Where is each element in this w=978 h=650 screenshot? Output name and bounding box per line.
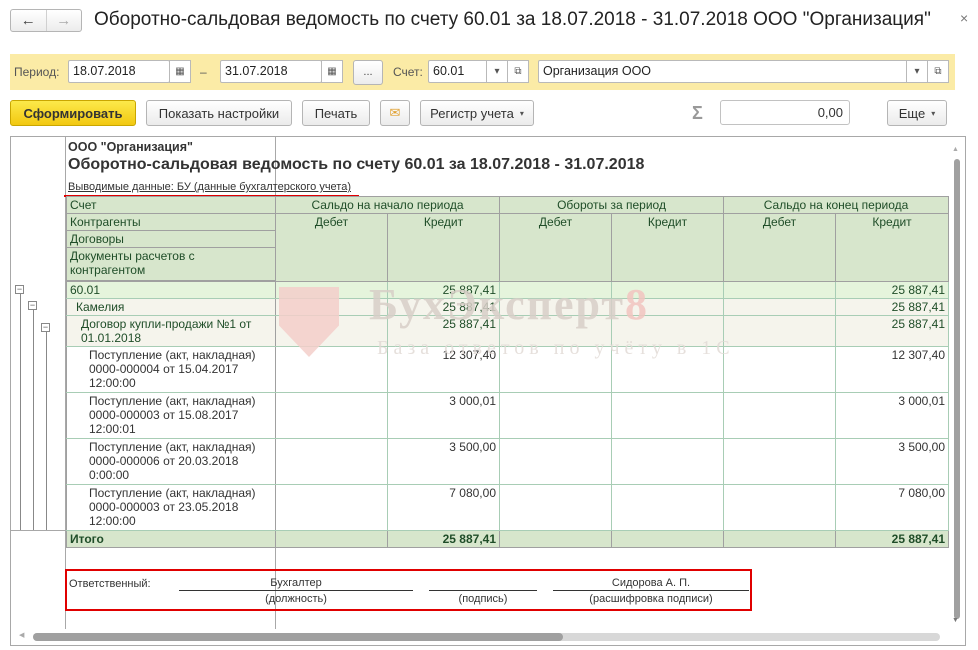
more-button-label: Еще — [899, 106, 925, 121]
header-debit: Дебет — [276, 214, 388, 282]
open-icon: ⧉ — [934, 66, 941, 77]
responsible-label: Ответственный: — [69, 578, 151, 590]
close-icon[interactable]: × — [960, 10, 968, 26]
header-account: Счет — [67, 197, 276, 214]
collapse-toggle[interactable]: − — [28, 301, 37, 310]
header-counterparties: Контрагенты — [67, 214, 276, 231]
register-button-label: Регистр учета — [430, 106, 514, 121]
show-settings-button[interactable]: Показать настройки — [146, 100, 292, 126]
report-table: Счет Сальдо на начало периода Обороты за… — [66, 196, 949, 548]
collapse-toggle[interactable]: − — [15, 285, 24, 294]
header-contracts: Договоры — [67, 231, 276, 248]
date-from-calendar-button[interactable]: ▦ — [169, 60, 191, 83]
scroll-down-icon[interactable]: ▼ — [952, 617, 959, 624]
total-row: Итого 25 887,41 25 887,41 — [67, 531, 949, 548]
open-icon: ⧉ — [514, 66, 521, 77]
generate-button[interactable]: Сформировать — [10, 100, 136, 126]
chevron-down-icon: ▾ — [494, 66, 499, 77]
envelope-icon: ✉ — [390, 105, 401, 121]
period-label: Период: — [14, 65, 59, 79]
sum-field: 0,00 — [720, 100, 850, 125]
nav-buttons: ← → — [10, 9, 82, 32]
account-label: Счет: — [393, 65, 423, 79]
back-button[interactable]: ← — [11, 10, 46, 31]
name-cell: Сидорова А. П. (расшифровка подписи) — [553, 577, 749, 605]
more-button[interactable]: Еще▾ — [887, 100, 947, 126]
header-debit: Дебет — [724, 214, 836, 282]
calendar-icon: ▦ — [175, 66, 184, 77]
header-credit: Кредит — [836, 214, 949, 282]
table-row[interactable]: Поступление (акт, накладная) 0000-000004… — [67, 347, 949, 393]
date-to-calendar-button[interactable]: ▦ — [321, 60, 343, 83]
table-row[interactable]: Поступление (акт, накладная) 0000-000003… — [67, 393, 949, 439]
table-row[interactable]: Камелия 25 887,41 25 887,41 — [67, 299, 949, 316]
report-org: ООО "Организация" — [68, 140, 193, 154]
header-credit: Кредит — [388, 214, 500, 282]
header-closing: Сальдо на конец периода — [724, 197, 949, 214]
scroll-left-icon[interactable]: ◀ — [19, 631, 24, 639]
header-documents: Документы расчетов с контрагентом — [67, 248, 276, 281]
scroll-up-icon[interactable]: ▲ — [952, 146, 959, 153]
vertical-scrollbar[interactable] — [954, 159, 960, 619]
register-button[interactable]: Регистр учета▾ — [420, 100, 534, 126]
header-credit: Кредит — [612, 214, 724, 282]
date-dash: – — [200, 65, 207, 79]
chevron-down-icon: ▾ — [520, 109, 524, 118]
account-field[interactable]: 60.01 — [428, 60, 488, 83]
organization-open-button[interactable]: ⧉ — [927, 60, 949, 83]
header-turnover: Обороты за период — [500, 197, 724, 214]
calendar-icon: ▦ — [327, 66, 336, 77]
header-opening: Сальдо на начало периода — [276, 197, 500, 214]
title-bar: ← → Оборотно-сальдовая ведомость по счет… — [0, 0, 978, 46]
organization-field[interactable]: Организация ООО — [538, 60, 908, 83]
print-button[interactable]: Печать — [302, 100, 370, 126]
date-to-field[interactable]: 31.07.2018 — [220, 60, 322, 83]
position-cell: Бухгалтер (должность) — [179, 577, 413, 605]
table-row[interactable]: 60.01 25 887,41 25 887,41 — [67, 282, 949, 299]
window-title: Оборотно-сальдовая ведомость по счету 60… — [94, 9, 931, 31]
chevron-down-icon: ▾ — [931, 109, 935, 118]
report-area[interactable]: ООО "Организация" Оборотно-сальдовая вед… — [10, 136, 966, 646]
organization-dropdown-button[interactable]: ▾ — [906, 60, 928, 83]
filter-bar: Период: 18.07.2018 ▦ – 31.07.2018 ▦ ... … — [10, 54, 955, 90]
report-title: Оборотно-сальдовая ведомость по счету 60… — [68, 156, 644, 174]
report-output-data: Выводимые данные: БУ (данные бухгалтерск… — [68, 181, 351, 193]
period-select-button[interactable]: ... — [353, 60, 383, 85]
table-row[interactable]: Поступление (акт, накладная) 0000-000003… — [67, 485, 949, 531]
signature-cell: (подпись) — [429, 577, 537, 605]
collapse-toggle[interactable]: − — [41, 323, 50, 332]
arrow-right-icon: → — [56, 12, 71, 29]
account-open-button[interactable]: ⧉ — [507, 60, 529, 83]
account-dropdown-button[interactable]: ▾ — [486, 60, 508, 83]
table-row[interactable]: Поступление (акт, накладная) 0000-000006… — [67, 439, 949, 485]
date-from-field[interactable]: 18.07.2018 — [68, 60, 170, 83]
sigma-icon: Σ — [692, 103, 703, 124]
horizontal-scrollbar[interactable] — [33, 633, 563, 641]
header-debit: Дебет — [500, 214, 612, 282]
email-button[interactable]: ✉ — [380, 100, 410, 126]
table-row[interactable]: Договор купли-продажи №1 от 01.01.2018 2… — [67, 316, 949, 347]
forward-button[interactable]: → — [46, 10, 82, 31]
signature-block: Ответственный: Бухгалтер (должность) (по… — [65, 569, 752, 611]
chevron-down-icon: ▾ — [914, 66, 919, 77]
arrow-left-icon: ← — [21, 12, 36, 29]
